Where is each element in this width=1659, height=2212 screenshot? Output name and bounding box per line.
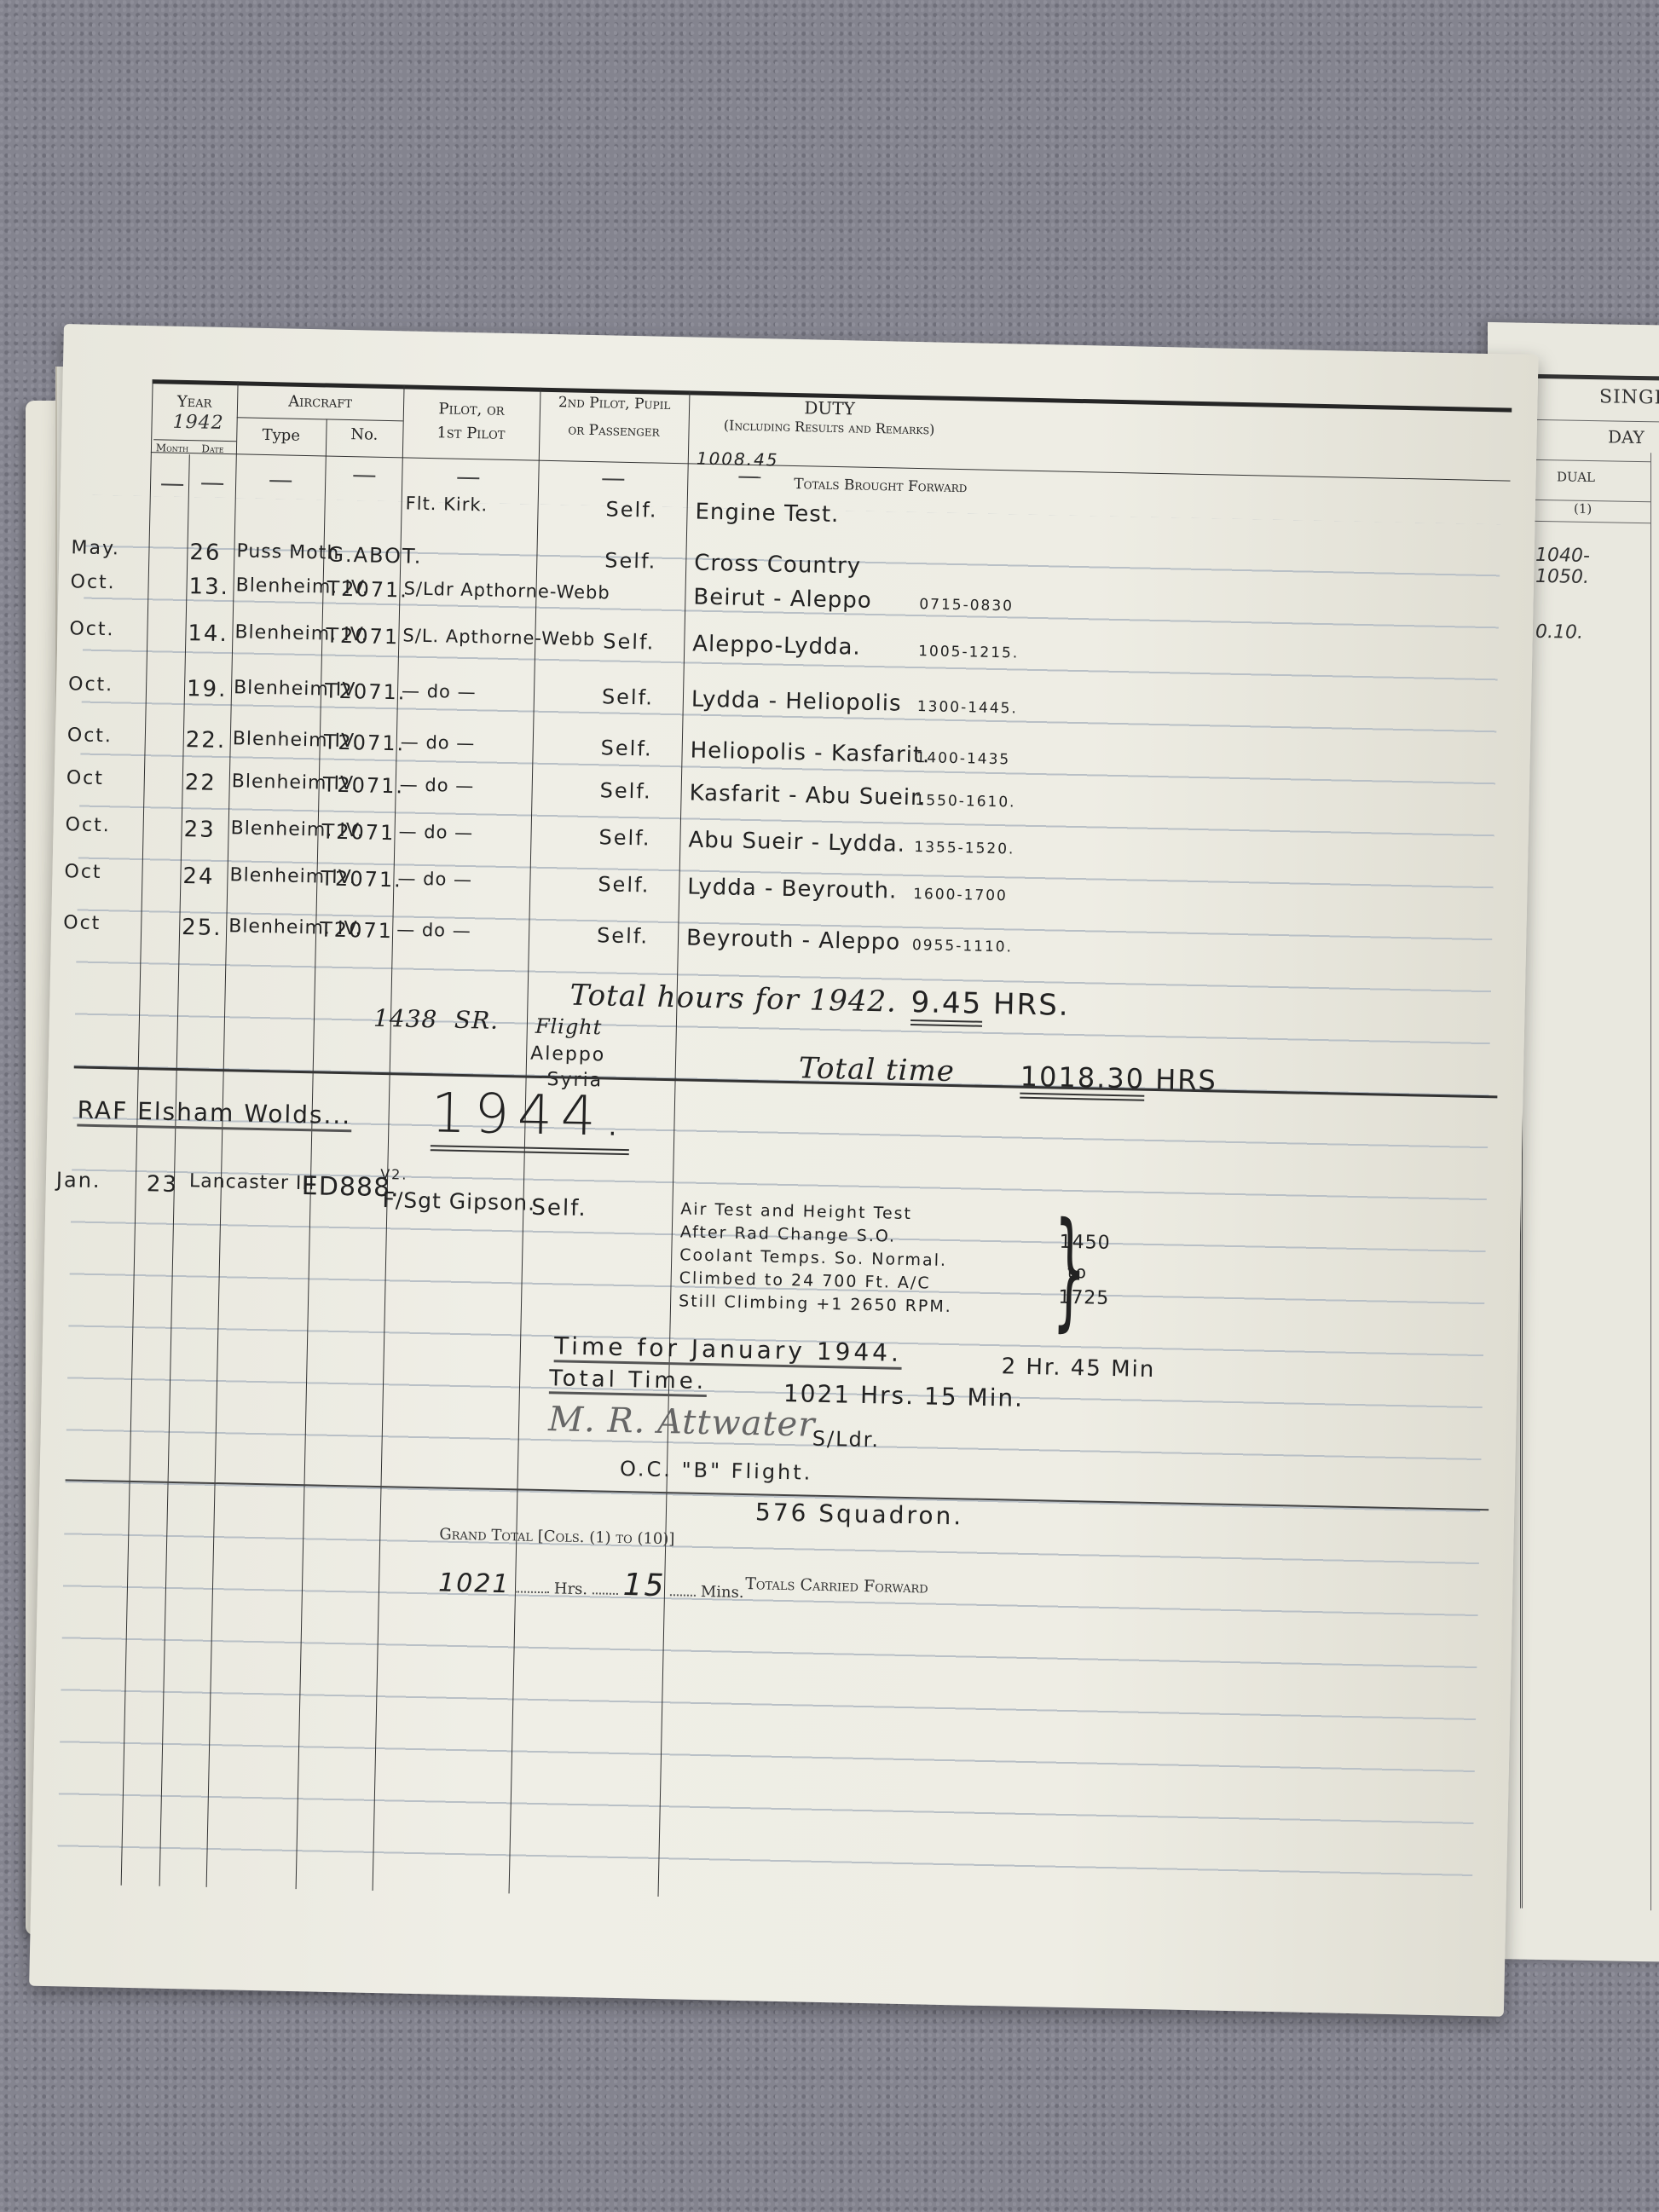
entry-date: 13. — [188, 574, 229, 600]
total-time-number: 1018.30 — [1020, 1060, 1145, 1101]
entry-duty: Kasfarit - Abu Sueir. — [689, 780, 927, 811]
entry-month: Oct. — [69, 618, 115, 640]
unit-sr: SR. — [454, 1006, 500, 1035]
entry-second-pilot: Self. — [603, 629, 656, 654]
entry-1944-date: 23 — [147, 1171, 179, 1198]
entry-pilot: — do — — [397, 868, 472, 890]
entry-date: 24 — [182, 863, 215, 890]
entry-month: Oct. — [70, 571, 116, 593]
facing-header-day: DAY — [1523, 419, 1659, 462]
entry-time: 1550-1610. — [915, 792, 1015, 811]
total-hours-1942-number: 9.45 — [910, 985, 983, 1027]
year-1944: 1944. — [431, 1082, 631, 1155]
entry-aircraft-number: T2071 — [326, 624, 399, 650]
entry-date: 25. — [182, 915, 223, 941]
officer-commanding: O.C. "B" Flight. — [620, 1457, 813, 1485]
entry-1944-time-from: 1450 — [1059, 1232, 1111, 1254]
time-for-month-value: 2 Hr. 45 Min — [1001, 1354, 1155, 1383]
entry-1944-time-to-word: to — [1067, 1262, 1089, 1282]
entry-date: 22 — [184, 770, 217, 796]
total-time-1944-value: 1021 Hrs. 15 Min. — [783, 1379, 1025, 1412]
entry-aircraft-number: T2071 — [321, 819, 395, 845]
entry-aircraft-type: Puss Moth — [236, 540, 339, 564]
commander-signature: M. R. Attwater — [548, 1400, 816, 1445]
entry-pilot: — do — — [400, 774, 475, 796]
entry-time: 1355-1520. — [914, 839, 1014, 858]
entry-second-pilot: Self. — [602, 684, 655, 709]
type-label: Type — [236, 425, 326, 445]
entry-1944-type: Lancaster III — [189, 1170, 315, 1194]
total-time-1944-label: Total Time. — [549, 1366, 708, 1397]
entry-pilot: — do — — [401, 731, 476, 754]
facing-column-divider — [1650, 453, 1651, 1910]
entry-month: Oct. — [68, 673, 114, 696]
facing-page-table: SINGL DAY DUAL (1) 1040- 1050. 0.10. — [1520, 374, 1659, 1912]
entry-aircraft-number: G.ABOT. — [327, 543, 423, 569]
entry-aircraft-number: T2071. — [325, 679, 407, 705]
hrs-unit: HRS. — [993, 987, 1070, 1023]
entry-pilot: S/L. Apthorne-Webb — [402, 625, 595, 650]
table-row: Oct24Blenheim IV.T2071.— do —Self.Lydda … — [64, 324, 1539, 355]
entry-time: 1600-1700 — [913, 886, 1008, 904]
grand-total-mins-label: Mins. — [701, 1583, 744, 1602]
entry-second-pilot: Self. — [599, 778, 652, 803]
entry-aircraft-number: T2071. — [322, 772, 404, 798]
no-label: No. — [326, 424, 402, 444]
entry-time: 1005-1215. — [918, 643, 1019, 661]
entry-aircraft-number: T2071. — [324, 730, 406, 755]
entry-month: Oct — [64, 861, 102, 883]
table-row: Oct.19.Blenheim IV.T2071.— do —Self.Lydd… — [64, 324, 1539, 355]
totals-carried-forward-label: Totals Carried Forward — [745, 1574, 928, 1597]
entry-1944-pilot-prefix: V2. — [380, 1166, 408, 1183]
entry-duty: Beirut - Aleppo — [693, 585, 872, 614]
logbook-page: Year 1942 Month Date Aircraft Type No. P… — [29, 324, 1538, 2017]
brought-forward-value: 1008.45 — [697, 448, 779, 471]
entry-date: 14. — [188, 621, 228, 647]
entry-1944-pilot: F/Sgt Gipson. — [382, 1187, 535, 1216]
entry-pilot: — do — — [402, 680, 477, 702]
dash — [201, 482, 223, 485]
table-row: Oct.22.Blenheim IV.T2071.— do —Self.Heli… — [64, 324, 1539, 355]
pilot-label-2: 1st Pilot — [402, 423, 539, 443]
table-row: Oct.14.Blenheim. IV.T2071S/L. Apthorne-W… — [64, 324, 1539, 355]
entry-1944-second: Self. — [531, 1195, 587, 1222]
entry-month: Oct — [63, 912, 101, 934]
dotted-leader — [592, 1592, 618, 1595]
grand-total-hours-value: 1021 — [438, 1568, 511, 1600]
entry-aircraft-number: T2071. — [321, 866, 402, 892]
commander-rank: S/Ldr. — [812, 1427, 881, 1453]
entry-date: 26 — [189, 540, 222, 566]
unit-number: 1438 — [373, 1004, 438, 1034]
dash — [353, 475, 375, 477]
second-pilot-label-1: 2nd Pilot, Pupil — [540, 394, 689, 414]
table-row: Oct25.Blenheim. IV.T2071— do —Self.Beyro… — [64, 324, 1539, 355]
second-pilot-label-2: or Passenger — [539, 421, 688, 442]
grand-total-hours-label: Hrs. — [554, 1580, 588, 1598]
aircraft-label: Aircraft — [237, 391, 403, 413]
entry-date: 23 — [183, 817, 216, 843]
entry-month: Oct. — [65, 814, 111, 836]
pilot-label-1: Pilot, or — [403, 399, 540, 419]
grand-total-hours: 1021 Hrs. 15 Mins. — [438, 1564, 744, 1606]
year-value: 1942 — [172, 412, 224, 434]
entry-time: 0955-1110. — [912, 937, 1013, 956]
entry-time: 1400-1435 — [916, 749, 1010, 768]
entry-date: 22. — [185, 727, 226, 754]
entry-duty: Lydda - Beyrouth. — [687, 874, 898, 904]
entry-duty: Cross Country — [694, 551, 861, 580]
station-name: RAF Elsham Wolds... — [77, 1096, 351, 1133]
entry-duty: Beyrouth - Aleppo — [686, 925, 901, 955]
entry-date: 19. — [187, 676, 228, 702]
entry-1944-time-to: 1725 — [1058, 1287, 1110, 1309]
entry-pilot: — do — — [398, 821, 473, 843]
year-label: Year — [152, 392, 237, 412]
table-row: May.26Puss MothG.ABOT.Self.Cross Country — [64, 324, 1539, 355]
table-row: Flt. Kirk.Self.Engine Test. — [64, 324, 1539, 355]
total-hours-1942-value: 9.45 HRS. — [910, 985, 1070, 1023]
entry-second-pilot: Self. — [598, 825, 651, 850]
unit-flight: Flight — [535, 1014, 603, 1040]
entry-time: 1300-1445. — [917, 698, 1018, 717]
table-row: Oct.23Blenheim. IV.T2071— do —Self.Abu S… — [64, 324, 1539, 355]
facing-header-dual: DUAL — [1523, 459, 1651, 502]
date-label: Date — [189, 442, 236, 455]
facing-dual-time: 1040- 1050. — [1535, 545, 1590, 588]
entry-time: 0715-0830 — [919, 596, 1014, 615]
unit-location-city: Aleppo — [530, 1043, 606, 1066]
dotted-leader — [670, 1594, 696, 1597]
entry-month: May. — [71, 537, 120, 559]
grand-total-mins-value: 15 — [622, 1568, 666, 1603]
entry-duty: Lydda - Heliopolis — [691, 687, 902, 717]
entry-second-pilot: Self. — [597, 923, 650, 948]
entry-pilot: — do — — [396, 919, 471, 941]
facing-dual-duration: 0.10. — [1535, 621, 1583, 644]
entry-second-pilot: Self. — [604, 548, 657, 573]
entry-month: Oct. — [67, 725, 113, 747]
entry-duty: Aleppo-Lydda. — [692, 632, 861, 661]
entry-pilot: Flt. Kirk. — [405, 493, 488, 515]
entry-second-pilot: Self. — [600, 736, 653, 760]
dotted-leader — [515, 1591, 549, 1593]
table-row: Oct22Blenheim IV.T2071.— do —Self.Kasfar… — [64, 324, 1539, 355]
brought-forward-label: Totals Brought Forward — [794, 476, 973, 496]
facing-col-number: (1) — [1523, 500, 1651, 524]
entry-duty: Heliopolis - Kasfarit. — [690, 737, 930, 768]
squadron: 576 Squadron. — [755, 1498, 964, 1530]
dash — [269, 480, 292, 482]
month-label: Month — [151, 442, 194, 454]
entry-1944-duty: Air Test and Height TestAfter Rad Change… — [679, 1198, 954, 1319]
entry-duty: Engine Test. — [695, 500, 839, 528]
dash — [457, 477, 479, 480]
entry-month: Oct — [66, 767, 105, 789]
entry-aircraft-number: T2071 — [320, 917, 393, 943]
entry-second-pilot: Self. — [605, 497, 658, 522]
entry-second-pilot: Self. — [598, 872, 650, 897]
entry-aircraft-number: T2071. — [327, 577, 408, 603]
dash — [738, 476, 760, 479]
entry-1944-month: Jan. — [56, 1168, 101, 1193]
facing-header-single: SINGL — [1523, 374, 1659, 422]
entry-duty: Abu Sueir - Lydda. — [688, 827, 905, 857]
table-row: Oct.13.Blenheim. IV.T2071.S/Ldr Apthorne… — [64, 324, 1539, 355]
dash — [161, 483, 183, 486]
flight-entries-1942: Flt. Kirk.Self.Engine Test.May.26Puss Mo… — [64, 324, 1539, 355]
dash — [602, 478, 624, 481]
entry-pilot: S/Ldr Apthorne-Webb — [403, 578, 610, 603]
aircraft-subheader-rule — [237, 417, 403, 421]
total-hours-1942-label: Total hours for 1942. — [569, 979, 897, 1019]
